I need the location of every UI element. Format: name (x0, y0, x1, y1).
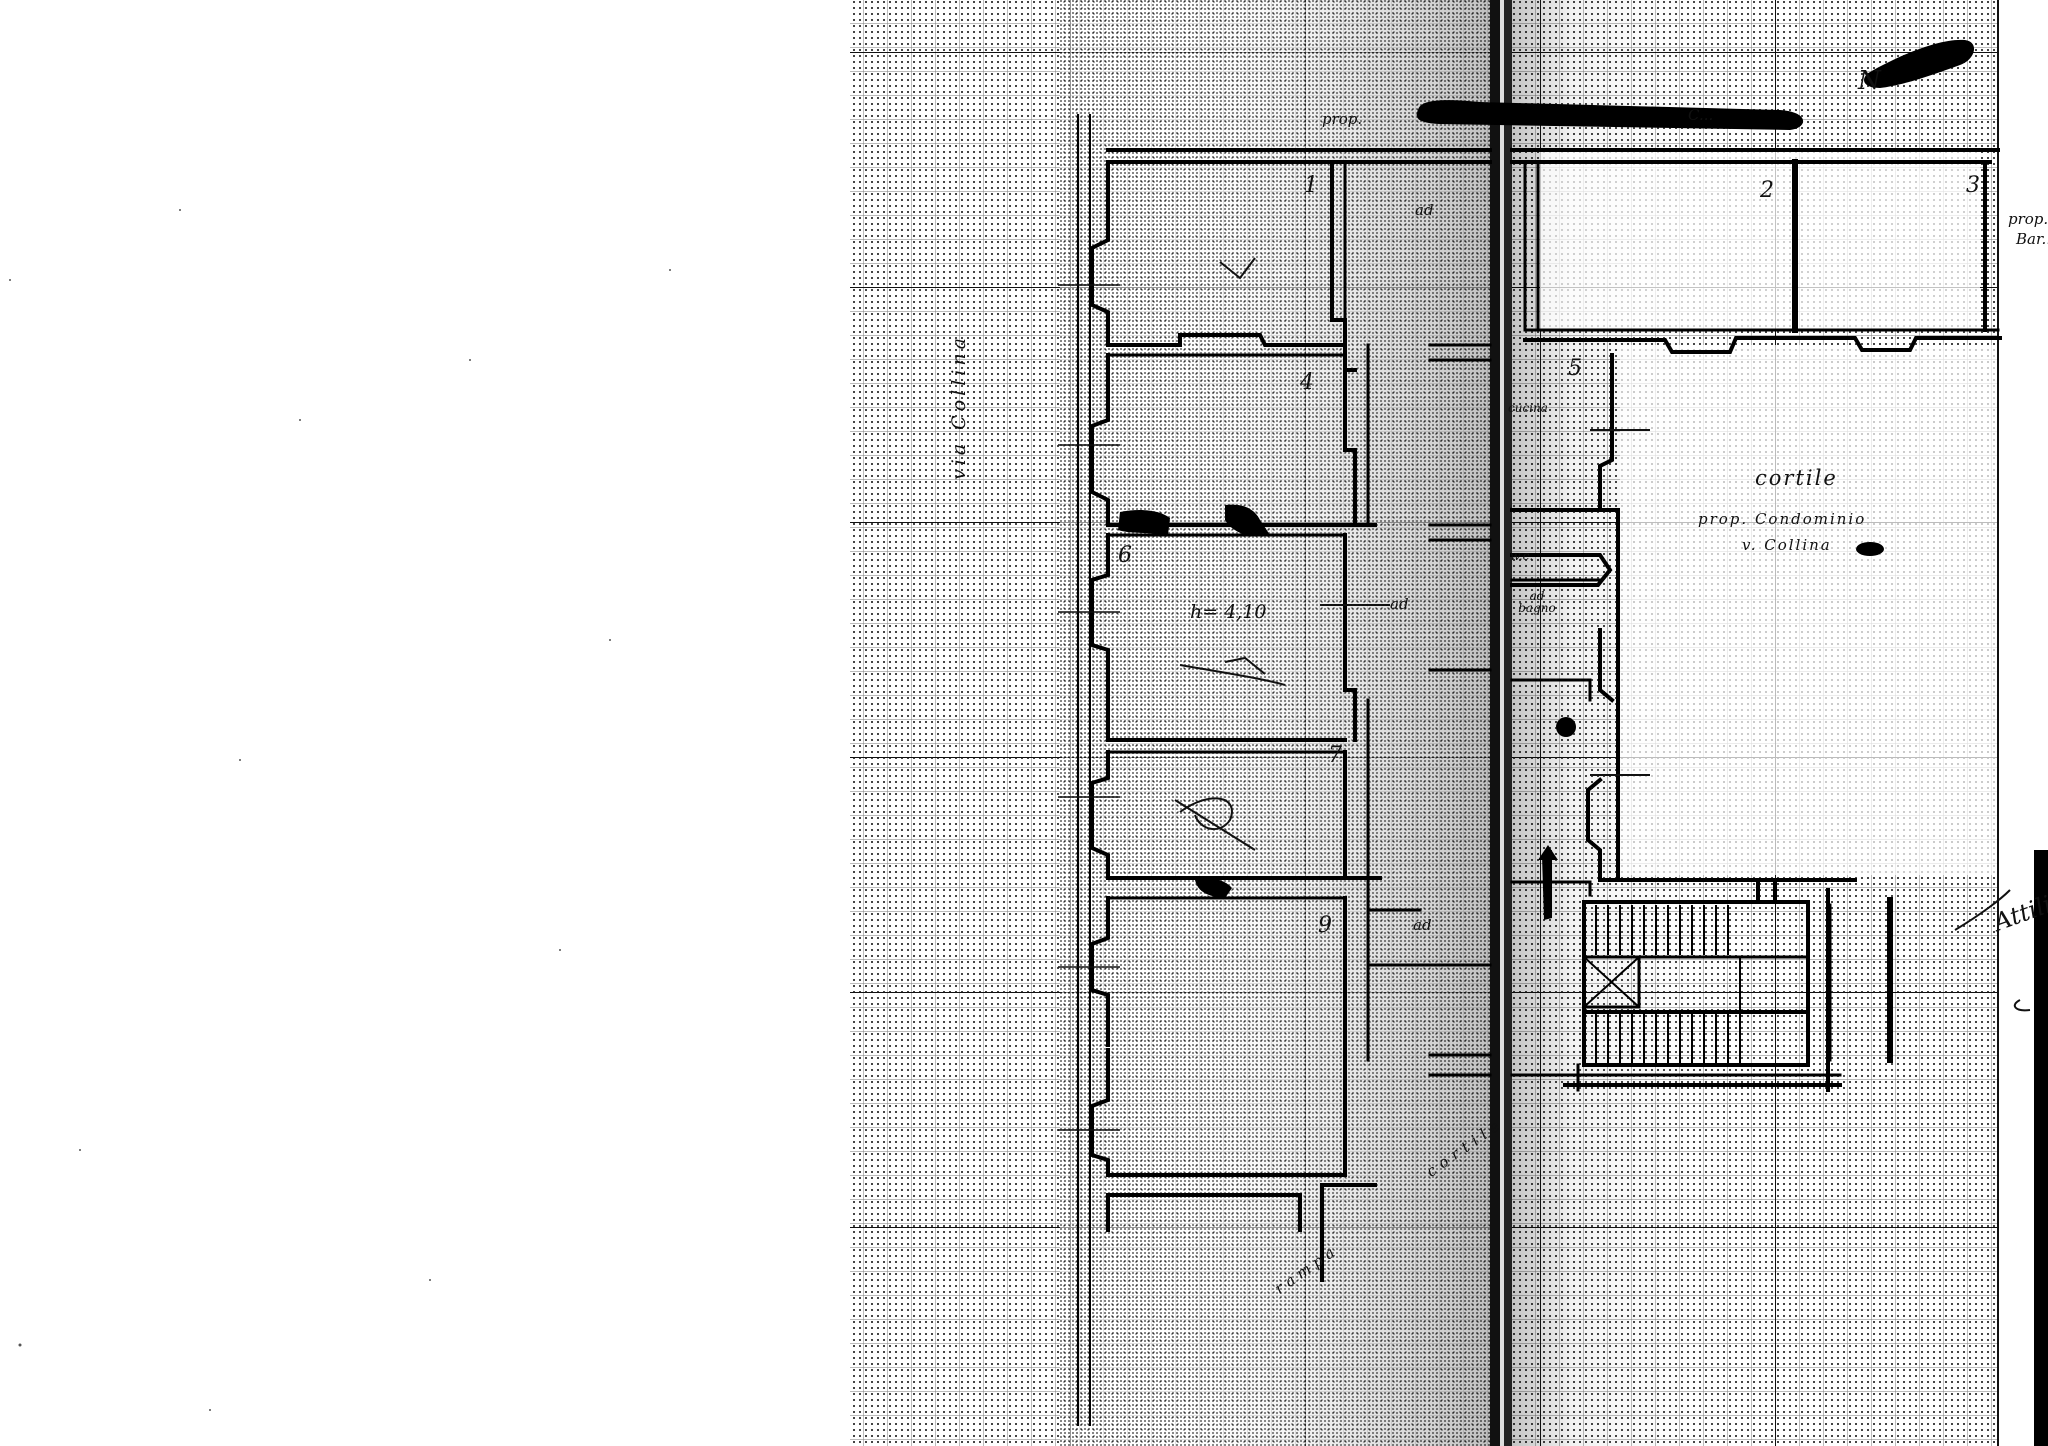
room-number-1: 1 (1304, 175, 1318, 197)
room-number-6: 6 (1118, 545, 1132, 567)
label-top-owner: prop. (1322, 112, 1362, 127)
room-number-4: 4 (1300, 372, 1314, 394)
room-number-3: 3 (1966, 175, 1980, 197)
room-number-7: 7 (1328, 745, 1342, 767)
label-right-owner-2: Bar... (2016, 232, 2048, 247)
label-ad-bagno: ad bagno (1512, 590, 1562, 614)
label-top-street: C... (1688, 108, 1713, 123)
label-right-owner-1: prop. (2008, 212, 2048, 227)
room-number-2: 2 (1760, 180, 1774, 202)
floor-plan-scan (0, 0, 2048, 1446)
label-street-left: via Collina (950, 334, 969, 480)
north-arrow-label: N (1858, 68, 1881, 94)
label-kitchen: cucina (1508, 402, 1548, 414)
page-edge (2034, 850, 2048, 1446)
label-ceiling-height: h= 4,10 (1190, 603, 1267, 622)
label-ad-1: ad (1415, 203, 1434, 218)
room-number-9: 9 (1318, 915, 1332, 937)
left-page-specks (9, 209, 671, 1411)
label-courtyard-owner-2: v. Collina (1742, 538, 1832, 553)
label-wc: w.c. (1510, 550, 1533, 562)
binding-fold (1490, 0, 1512, 1446)
label-courtyard-owner-1: prop. Condominio (1698, 512, 1866, 527)
label-courtyard: cortile (1755, 468, 1838, 489)
label-ad-3: ad (1413, 918, 1432, 933)
room-number-5: 5 (1568, 358, 1582, 380)
label-ad-2: ad (1390, 597, 1409, 612)
